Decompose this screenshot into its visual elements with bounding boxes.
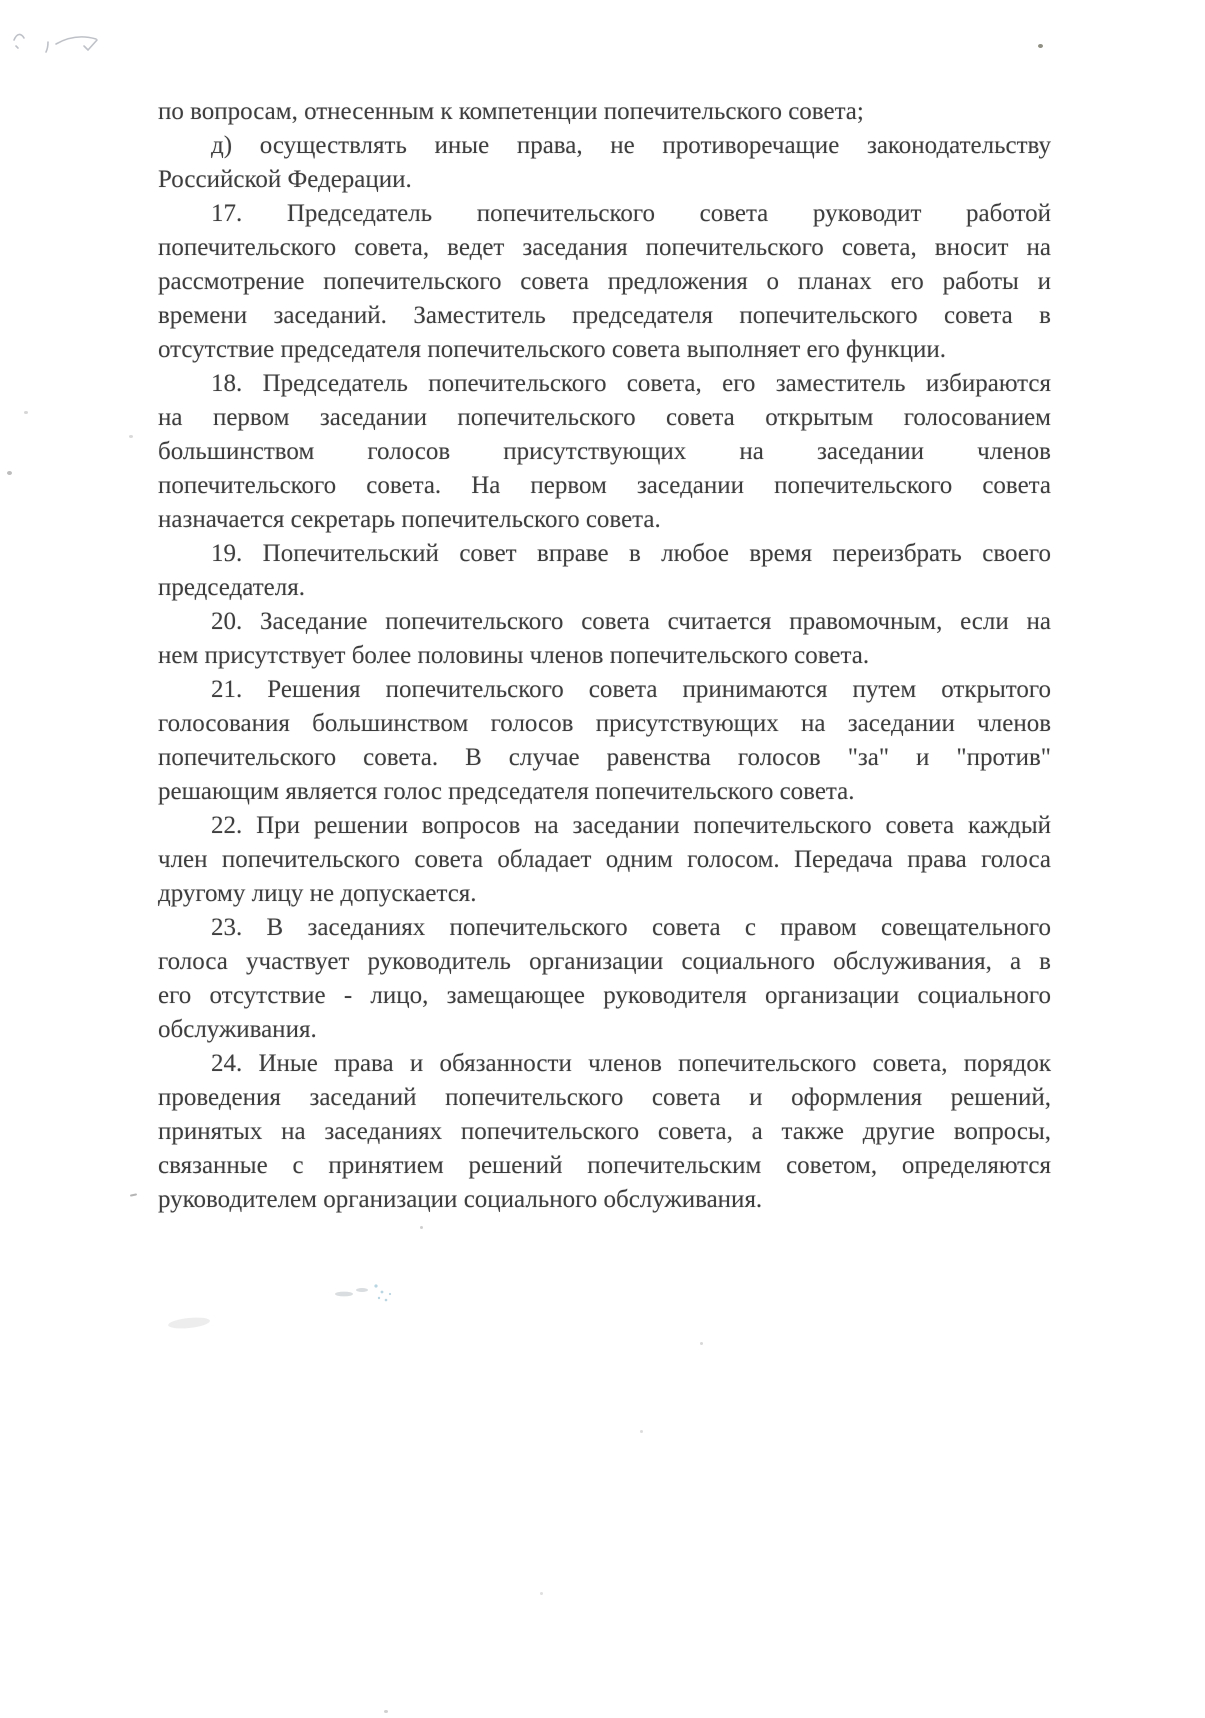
scanned-page: по вопросам, отнесенным к компетенции по… [0, 0, 1205, 1718]
text-line: 19. Попечительский совет вправе в любое … [158, 537, 1051, 571]
text-line: попечительского совета, ведет заседания … [158, 231, 1051, 265]
text-line: рассмотрение попечительского совета пред… [158, 265, 1051, 299]
paper-speck [1038, 44, 1043, 48]
paragraph: 21. Решения попечительского совета прини… [158, 673, 1051, 809]
text-line: Российской Федерации. [158, 163, 1051, 197]
paragraph: д) осуществлять иные права, не противоре… [158, 129, 1051, 197]
text-line: решающим является голос председателя поп… [158, 775, 1051, 809]
text-line: обслуживания. [158, 1013, 1051, 1047]
paragraph: 24. Иные права и обязанности членов попе… [158, 1047, 1051, 1217]
paper-speck [24, 411, 28, 414]
text-line: 20. Заседание попечительского совета счи… [158, 605, 1051, 639]
paper-speck [7, 471, 12, 475]
text-line: принятых на заседаниях попечительского с… [158, 1115, 1051, 1149]
text-line: связанные с принятием решений попечитель… [158, 1149, 1051, 1183]
paragraph: 17. Председатель попечительского совета … [158, 197, 1051, 367]
paper-speck [384, 1710, 388, 1713]
document-text: по вопросам, отнесенным к компетенции по… [158, 95, 1051, 1217]
text-line: член попечительского совета обладает одн… [158, 843, 1051, 877]
pencil-scribble [8, 24, 118, 60]
paragraph: по вопросам, отнесенным к компетенции по… [158, 95, 1051, 129]
text-line: назначается секретарь попечительского со… [158, 503, 1051, 537]
text-line: другому лицу не допускается. [158, 877, 1051, 911]
paper-speck [700, 1342, 703, 1345]
text-line: голосования большинством голосов присутс… [158, 707, 1051, 741]
paragraph: 18. Председатель попечительского совета,… [158, 367, 1051, 537]
text-line: отсутствие председателя попечительского … [158, 333, 1051, 367]
paragraph: 23. В заседаниях попечительского совета … [158, 911, 1051, 1047]
text-line: 18. Председатель попечительского совета,… [158, 367, 1051, 401]
ink-smudge [330, 1276, 410, 1310]
text-line: времени заседаний. Заместитель председат… [158, 299, 1051, 333]
text-line: 21. Решения попечительского совета прини… [158, 673, 1051, 707]
text-line: проведения заседаний попечительского сов… [158, 1081, 1051, 1115]
text-line: большинством голосов присутствующих на з… [158, 435, 1051, 469]
paragraph: 19. Попечительский совет вправе в любое … [158, 537, 1051, 605]
paper-smudge [168, 1316, 211, 1330]
text-line: его отсутствие - лицо, замещающее руково… [158, 979, 1051, 1013]
text-line: на первом заседании попечительского сове… [158, 401, 1051, 435]
text-line: 22. При решении вопросов на заседании по… [158, 809, 1051, 843]
text-line: по вопросам, отнесенным к компетенции по… [158, 95, 1051, 129]
paragraph: 22. При решении вопросов на заседании по… [158, 809, 1051, 911]
text-line: 24. Иные права и обязанности членов попе… [158, 1047, 1051, 1081]
text-line: нем присутствует более половины членов п… [158, 639, 1051, 673]
paper-speck [420, 1226, 423, 1229]
text-line: д) осуществлять иные права, не противоре… [158, 129, 1051, 163]
text-line: попечительского совета. На первом заседа… [158, 469, 1051, 503]
text-line: попечительского совета. В случае равенст… [158, 741, 1051, 775]
paper-speck [640, 1430, 643, 1433]
pencil-tick [130, 1193, 137, 1196]
text-line: голоса участвует руководитель организаци… [158, 945, 1051, 979]
text-line: 23. В заседаниях попечительского совета … [158, 911, 1051, 945]
paper-speck [129, 435, 133, 438]
paragraph: 20. Заседание попечительского совета счи… [158, 605, 1051, 673]
text-line: руководителем организации социального об… [158, 1183, 1051, 1217]
text-line: председателя. [158, 571, 1051, 605]
paper-speck [540, 1592, 543, 1595]
text-line: 17. Председатель попечительского совета … [158, 197, 1051, 231]
